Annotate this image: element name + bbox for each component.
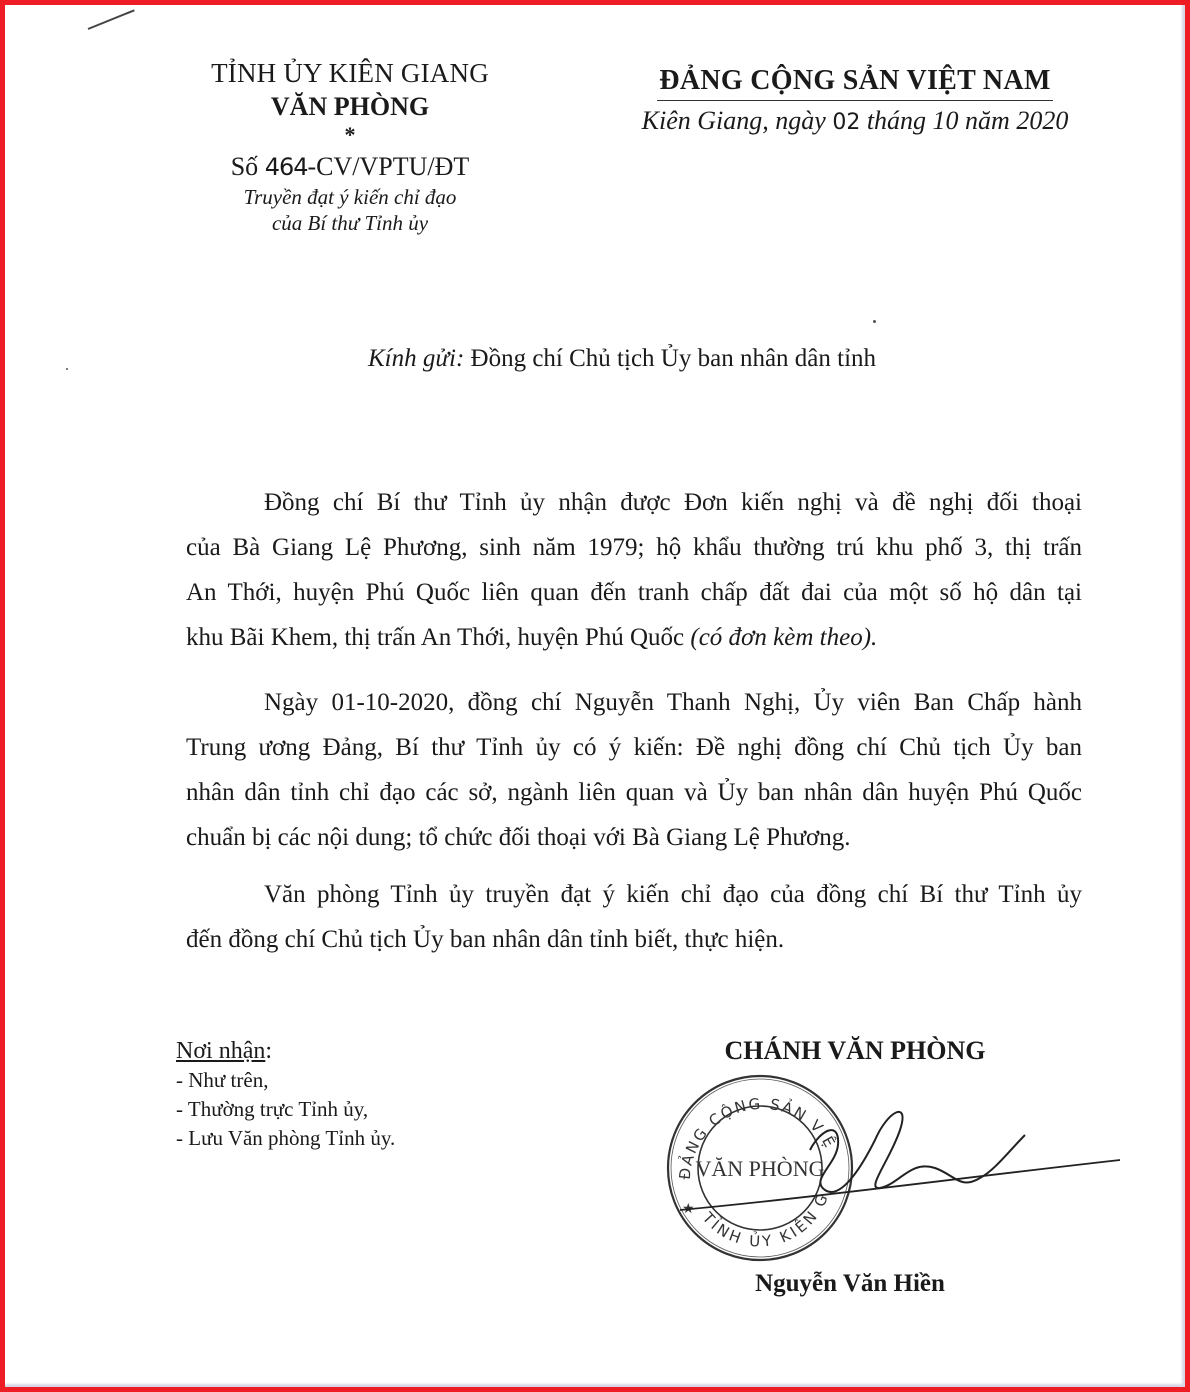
recipient-line: Kính gửi: Đồng chí Chủ tịch Ủy ban nhân … — [368, 345, 876, 373]
date-prefix: Kiên Giang, ngày — [642, 106, 833, 135]
paragraph-line: Văn phòng Tỉnh ủy truyền đạt ý kiến chỉ … — [186, 872, 1082, 917]
number-suffix: -CV/VPTU/ĐT — [308, 152, 470, 181]
paragraph-line: Đồng chí Bí thư Tỉnh ủy nhận được Đơn ki… — [186, 480, 1082, 525]
paragraph-line: khu Bãi Khem, thị trấn An Thới, huyện Ph… — [186, 615, 1082, 660]
paragraph-line: Ngày 01-10-2020, đồng chí Nguyễn Thanh N… — [186, 680, 1082, 725]
paragraph-line: nhân dân tỉnh chỉ đạo các sở, ngành liên… — [186, 770, 1082, 815]
header-right: ĐẢNG CỘNG SẢN VIỆT NAM Kiên Giang, ngày … — [620, 62, 1090, 141]
document-date: Kiên Giang, ngày 02 tháng 10 năm 2020 — [620, 103, 1090, 141]
speck — [66, 368, 68, 370]
recipient-name: Đồng chí Chủ tịch Ủy ban nhân dân tỉnh — [464, 345, 876, 372]
handwritten-signature-icon — [660, 1080, 1130, 1240]
date-suffix: tháng 10 năm 2020 — [860, 106, 1068, 135]
paragraph-1: Đồng chí Bí thư Tỉnh ủy nhận được Đơn ki… — [186, 480, 1082, 660]
issuing-office: VĂN PHÒNG — [160, 90, 540, 124]
subject-line-1: Truyền đạt ý kiến chỉ đạo — [160, 184, 540, 210]
attachment-note: (có đơn kèm theo). — [690, 624, 877, 651]
recipient-item: - Lưu Văn phòng Tỉnh ủy. — [176, 1124, 395, 1153]
paragraph-2: Ngày 01-10-2020, đồng chí Nguyễn Thanh N… — [186, 680, 1082, 860]
paragraph-line: chuẩn bị các nội dung; tổ chức đối thoại… — [186, 815, 1082, 860]
paragraph-line: An Thới, huyện Phú Quốc liên quan đến tr… — [186, 570, 1082, 615]
handwritten-number: 464 — [265, 153, 308, 181]
recipients-colon: : — [265, 1036, 272, 1066]
paragraph-line-text: khu Bãi Khem, thị trấn An Thới, huyện Ph… — [186, 624, 690, 651]
number-prefix: Số — [231, 152, 265, 181]
party-name: ĐẢNG CỘNG SẢN VIỆT NAM — [657, 62, 1052, 101]
paragraph-line: của Bà Giang Lệ Phương, sinh năm 1979; h… — [186, 525, 1082, 570]
paragraph-3: Văn phòng Tỉnh ủy truyền đạt ý kiến chỉ … — [186, 872, 1082, 962]
header-left: TỈNH ỦY KIÊN GIANG VĂN PHÒNG * Số 464-CV… — [160, 56, 540, 236]
signatory-title: CHÁNH VĂN PHÒNG — [700, 1036, 1010, 1066]
recipients-list: Nơi nhận: - Như trên, - Thường trực Tỉnh… — [176, 1036, 395, 1153]
recipient-item: - Như trên, — [176, 1066, 395, 1095]
recipients-title: Nơi nhận: — [176, 1036, 395, 1066]
paragraph-line: Trung ương Đảng, Bí thư Tỉnh ủy có ý kiế… — [186, 725, 1082, 770]
handwritten-day: 02 — [832, 110, 860, 135]
speck — [873, 320, 876, 323]
recipient-label: Kính gửi: — [368, 345, 464, 372]
subject-line-2: của Bí thư Tỉnh ủy — [160, 210, 540, 236]
recipients-title-text: Nơi nhận — [176, 1038, 265, 1064]
star-separator: * — [160, 124, 540, 146]
paragraph-line: đến đồng chí Chủ tịch Ủy ban nhân dân tỉ… — [186, 917, 1082, 962]
recipient-item: - Thường trực Tỉnh ủy, — [176, 1095, 395, 1124]
document-number: Số 464-CV/VPTU/ĐT — [160, 150, 540, 184]
signer-name: Nguyễn Văn Hiền — [700, 1270, 1000, 1298]
issuing-org: TỈNH ỦY KIÊN GIANG — [160, 56, 540, 90]
